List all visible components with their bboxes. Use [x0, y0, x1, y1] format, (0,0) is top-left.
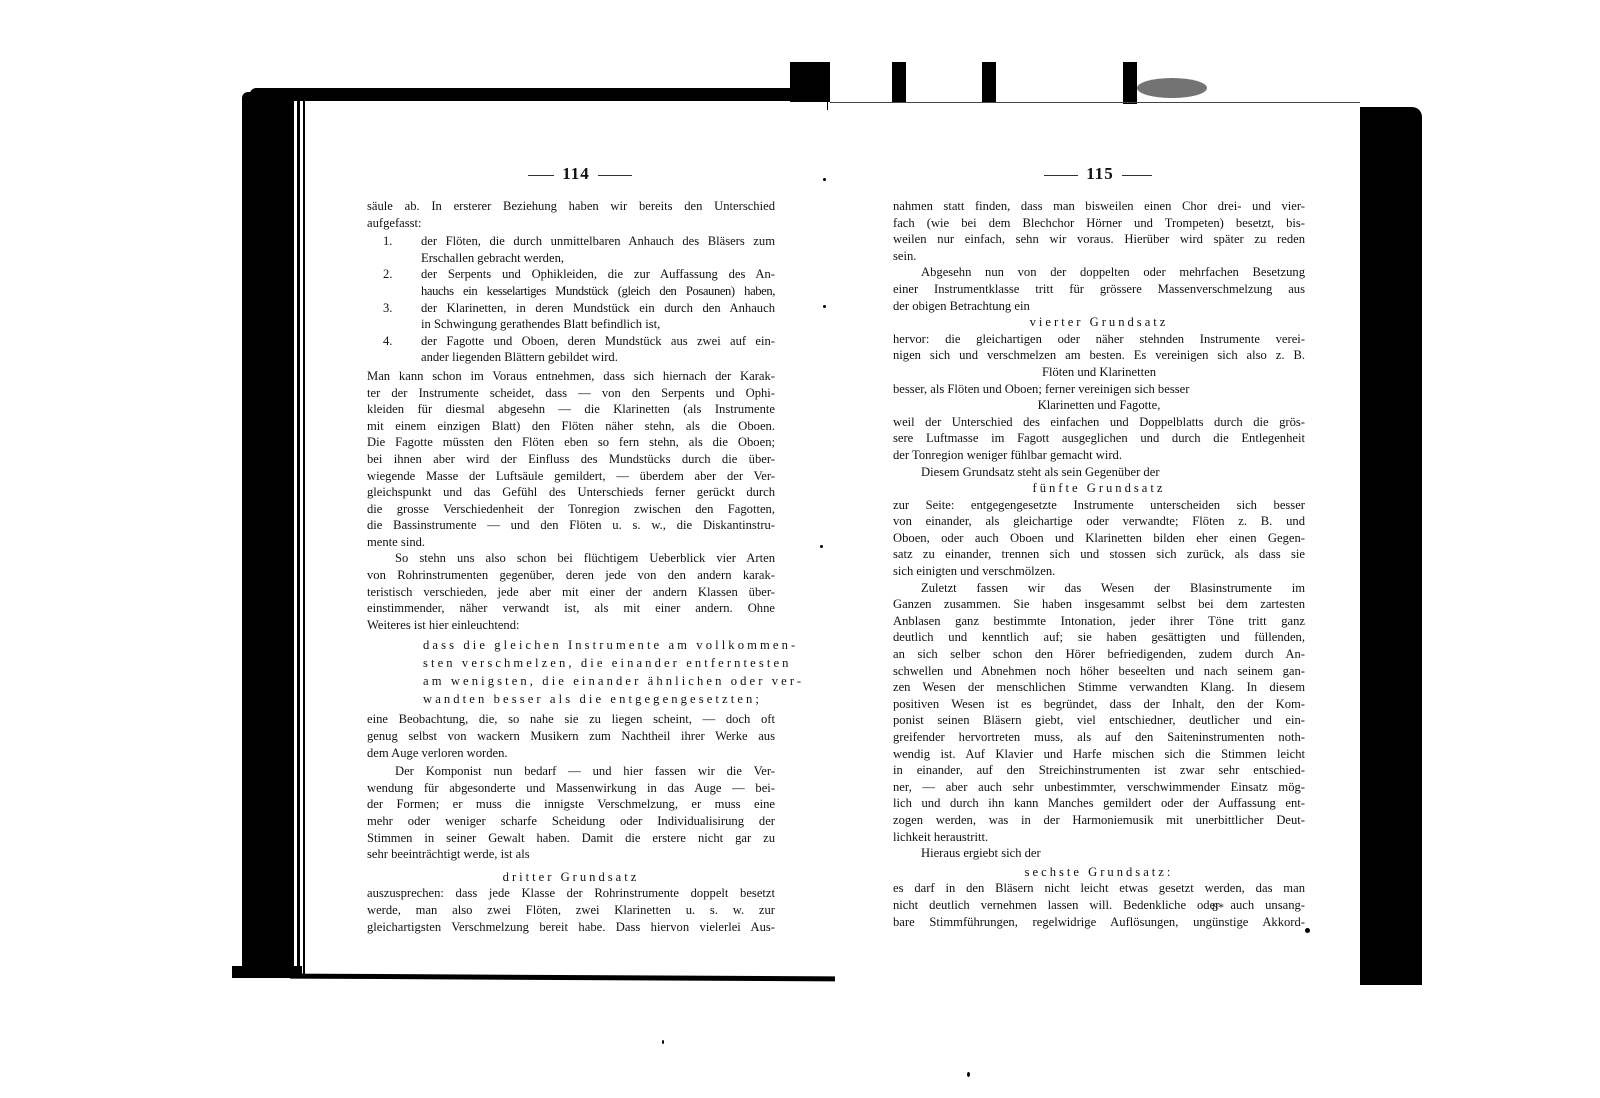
text-line: von Rohrinstrumenten gegenüber, deren je… [367, 567, 775, 584]
text-line: mit einem einzigen Blatt) den Flöten näh… [367, 418, 775, 435]
text-line: Ganzen zusammen. Sie haben insgesammt se… [893, 596, 1305, 613]
text-line: sein. [893, 248, 1305, 265]
principle-quote: dass die gleichen Instrumente am vollkom… [367, 637, 775, 709]
list-item-cont: ander liegenden Blättern gebildet wird. [367, 349, 775, 366]
paragraph: Abgesehn nun von der doppelten oder mehr… [893, 264, 1305, 314]
centered-line: Klarinetten und Fagotte, [893, 397, 1305, 414]
paragraph: es darf in den Bläsern nicht leicht etwa… [893, 880, 1305, 930]
text-line: aufgefasst: [367, 215, 775, 232]
text-line: ter der Instrumente scheidet, dass — von… [367, 385, 775, 402]
text-line: einer Instrumentklasse tritt für grösser… [893, 281, 1305, 298]
text-line: zen Wesen der menschlichen Stimme verwan… [893, 679, 1305, 696]
text-line: dem Auge verloren worden. [367, 745, 775, 762]
quote-line: wandten besser als die entgegengesetzten… [367, 691, 775, 709]
text-line: auszusprechen: dass jede Klasse der Rohr… [367, 885, 775, 902]
text-line: deutlich und kenntlich auf; sie haben ge… [893, 629, 1305, 646]
top-tab-1 [790, 62, 830, 102]
text-line: Diesem Grundsatz steht als sein Gegenübe… [893, 464, 1305, 481]
top-smudge [1137, 78, 1207, 98]
text-line: gleichartigsten Verschmelzung bereit hab… [367, 919, 775, 936]
page-number-115: 115 [1086, 164, 1114, 183]
speck [823, 305, 826, 308]
text-line: lichkeit heraustritt. [893, 829, 1305, 846]
signature-mark: 8* [1212, 900, 1224, 915]
text-line: wendig ist. Auf Klavier und Harfe mische… [893, 746, 1305, 763]
text-line: greifender hervortreten muss, als auf de… [893, 729, 1305, 746]
left-page-text: säule ab. In ersterer Beziehung haben wi… [367, 198, 775, 935]
quote-line: am wenigsten, die einander ähnlichen ode… [367, 673, 775, 691]
paragraph: weil der Unterschied des einfachen und D… [893, 414, 1305, 464]
speck [823, 178, 826, 181]
text-line: einstimmender, näher verwandt ist, als m… [367, 600, 775, 617]
text-line: bare Stimmführungen, regelwidrige Auflös… [893, 914, 1305, 931]
text-line: Die Fagotte müssten den Flöten eben so f… [367, 434, 775, 451]
text-line: in einander, auf den Streichinstrumenten… [893, 762, 1305, 779]
text-line: Anblasen ganz bestimmte Intonation, jede… [893, 613, 1305, 630]
paragraph: hervor: die gleichartigen oder näher ste… [893, 331, 1305, 364]
text-line: ner, — aber auch sehr unbestimmter, vers… [893, 779, 1305, 796]
heading-dritter-grundsatz: dritter Grundsatz [367, 869, 775, 886]
top-tab-4 [1123, 62, 1137, 104]
text-line: genug selbst von wackern Musikern zum Na… [367, 728, 775, 745]
left-top-edge [250, 88, 830, 101]
list-item: 4.der Fagotte und Oboen, deren Mundstück… [367, 333, 775, 350]
text-line: Hieraus ergiebt sich der [893, 845, 1305, 862]
gutter-line [827, 100, 828, 110]
list-item: 2.der Serpents und Ophikleiden, die zur … [367, 266, 775, 283]
left-page-line-2 [303, 100, 305, 976]
text-line: bei ihnen aber wird der Einfluss des Mun… [367, 451, 775, 468]
speck [967, 1072, 970, 1077]
text-line: wendung für abgesonderte und Massenwirku… [367, 780, 775, 797]
left-bottom-line [290, 974, 835, 982]
text-line: Stimmen in seiner Gewalt haben. Damit di… [367, 830, 775, 847]
text-line: So stehn uns also schon bei flüchtigem U… [367, 550, 775, 567]
quote-line: sten verschmelzen, die einander entfernt… [367, 655, 775, 673]
paragraph: Zuletzt fassen wir das Wesen der Blasins… [893, 580, 1305, 846]
text-line: der Tonregion weniger fühlbar gemacht wi… [893, 447, 1305, 464]
paragraph: Der Komponist nun bedarf — und hier fass… [367, 763, 775, 863]
text-line: schwellen und Abnehmen noch höher beseel… [893, 663, 1305, 680]
list-item-cont: Erschallen gebracht werden, [367, 250, 775, 267]
text-line: hervor: die gleichartigen oder näher ste… [893, 331, 1305, 348]
text-line: Der Komponist nun bedarf — und hier fass… [367, 763, 775, 780]
text-line: sere Luftmasse im Fagott ausgeglichen un… [893, 430, 1305, 447]
text-line: werde, man also zwei Flöten, zwei Klarin… [367, 902, 775, 919]
text-line: sehr beeinträchtigt werde, ist als [367, 846, 775, 863]
text-line: zur Seite: entgegengesetzte Instrumente … [893, 497, 1305, 514]
text-line: eine Beobachtung, die, so nahe sie zu li… [367, 711, 775, 728]
list-item-cont: in Schwingung gerathendes Blatt befindli… [367, 316, 775, 333]
top-tab-3 [982, 62, 996, 102]
centered-line: Flöten und Klarinetten [893, 364, 1305, 381]
text-line: satz zu einander, trennen sich und stoss… [893, 546, 1305, 563]
right-page-number: 115 [1018, 164, 1178, 184]
paragraph: eine Beobachtung, die, so nahe sie zu li… [367, 711, 775, 761]
speck [662, 1040, 664, 1044]
text-line: zogen werden, was in der Harmoniemusik m… [893, 812, 1305, 829]
text-line: sich einigten und verschmölzen. [893, 563, 1305, 580]
text-line: wiegende Masse der Luftsäule gemildert, … [367, 468, 775, 485]
text-line: nigen sich und verschmelzen am besten. E… [893, 347, 1305, 364]
text-line: von einander, als gleichartige oder verw… [893, 513, 1305, 530]
text-line: besser, als Flöten und Oboen; ferner ver… [893, 381, 1305, 398]
text-line: der obigen Betrachtung ein [893, 298, 1305, 315]
heading-sechste-grundsatz: sechste Grundsatz: [893, 864, 1305, 881]
heading-fuenfte-grundsatz: fünfte Grundsatz [893, 480, 1305, 497]
text-line: nicht deutlich vernehmen lassen will. Be… [893, 897, 1305, 914]
quote-line: dass die gleichen Instrumente am vollkom… [367, 637, 775, 655]
text-line: Weiteres ist hier einleuchtend: [367, 617, 775, 634]
speck [820, 545, 823, 548]
folio-rule [528, 175, 554, 176]
page-number-114: 114 [562, 164, 590, 183]
text-line: fach (wie bei dem Blechchor Hörner und T… [893, 215, 1305, 232]
text-line: lich und durch ihn kann Manches gemilder… [893, 795, 1305, 812]
folio-rule [598, 175, 632, 176]
left-page-line-1 [297, 100, 300, 976]
instrument-class-list: 1.der Flöten, die durch unmittelbaren An… [367, 233, 775, 366]
text-line: weilen nur einfach, sehn wir voraus. Hie… [893, 231, 1305, 248]
paragraph: Man kann schon im Voraus entnehmen, dass… [367, 368, 775, 551]
paragraph: zur Seite: entgegengesetzte Instrumente … [893, 497, 1305, 580]
text-line: Man kann schon im Voraus entnehmen, dass… [367, 368, 775, 385]
list-item: 1.der Flöten, die durch unmittelbaren An… [367, 233, 775, 250]
text-line: Abgesehn nun von der doppelten oder mehr… [893, 264, 1305, 281]
list-item: 3.der Klarinetten, in deren Mundstück ei… [367, 300, 775, 317]
text-line: kleiden für diesmal abgesehn — die Klari… [367, 401, 775, 418]
text-line: nahmen statt finden, dass man bisweilen … [893, 198, 1305, 215]
right-top-line [830, 102, 1360, 103]
list-item-cont: hauchs ein kesselartiges Mundstück (glei… [367, 283, 775, 300]
heading-vierter-grundsatz: vierter Grundsatz [893, 314, 1305, 331]
text-line: mehr oder weniger scharfe Scheidung oder… [367, 813, 775, 830]
text-line: die Bassinstrumente — und den Flöten u. … [367, 517, 775, 534]
text-line: Zuletzt fassen wir das Wesen der Blasins… [893, 580, 1305, 597]
paragraph: So stehn uns also schon bei flüchtigem U… [367, 550, 775, 633]
top-tab-2 [892, 62, 906, 102]
text-line: Oboen, oder auch Oboen und Klarinetten b… [893, 530, 1305, 547]
paragraph: auszusprechen: dass jede Klasse der Rohr… [367, 885, 775, 935]
text-line: weil der Unterschied des einfachen und D… [893, 414, 1305, 431]
folio-rule [1044, 175, 1078, 176]
speck [1305, 928, 1310, 933]
text-line: gleichspunkt und das Gefühl des Untersch… [367, 484, 775, 501]
right-cover-edge [1360, 107, 1422, 985]
text-line: mente sind. [367, 534, 775, 551]
left-page-stack-edge [282, 98, 294, 978]
text-line: an sich selber schon den Hörer befriedig… [893, 646, 1305, 663]
left-cover-edge [242, 92, 282, 977]
text-line: die grosse Verschiedenheit der Tonregion… [367, 501, 775, 518]
right-page-text: nahmen statt finden, dass man bisweilen … [893, 198, 1305, 930]
text-line: ponist seinen Bläsern giebt, viel entsch… [893, 712, 1305, 729]
text-line: säule ab. In ersterer Beziehung haben wi… [367, 198, 775, 215]
text-line: der Formen; er muss die innigste Verschm… [367, 796, 775, 813]
text-line: es darf in den Bläsern nicht leicht etwa… [893, 880, 1305, 897]
paragraph: nahmen statt finden, dass man bisweilen … [893, 198, 1305, 264]
folio-rule [1122, 175, 1152, 176]
text-line: teristisch verschieden, jede aber mit ei… [367, 584, 775, 601]
left-page-number: 114 [500, 164, 660, 184]
text-line: positiven Wesen ist es begründet, dass d… [893, 696, 1305, 713]
